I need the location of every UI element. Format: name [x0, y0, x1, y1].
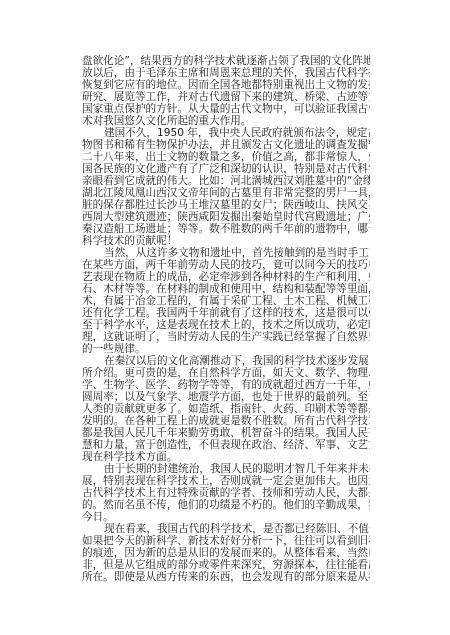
text-line: 慧和力量，富于创造性，不但表现在政治、经济、军事、文艺方面，也表 [82, 439, 370, 451]
text-line: 的一些规律。 [82, 343, 370, 355]
paragraph-first-line: 在秦汉以后的文化高潮推动下，我国的科学技术逐步发展，如本书中 [82, 355, 370, 367]
text-line: 艺表现在物质上的成品，必定牵涉到各种材料的生产和利用，如铜铁、玉 [82, 271, 370, 283]
text-line: 所在。即使是从西方传来的东西，也会发现有的部分原来是从我们传过去 [82, 571, 370, 583]
text-line: 放以后，由于毛泽东主席和周恩来总理的关怀，我国古代科学技术才逐步 [82, 67, 370, 79]
text-line: 二十八年来，出土文物的数量之多，价值之高，都非常惊人，使我们对我 [82, 151, 370, 163]
text-line: 现在科学技术方面。 [82, 451, 370, 463]
text-line: 盘欲化论”，结果西方的科学技术就逐渐占领了我国的文化阵地。直到解 [82, 55, 370, 67]
text-line: 物图书和稀有生物保护办法，并且颁发古文化遗址的调查发掘暂行办法。 [82, 139, 370, 151]
text-line: 古代科学技术上有过特殊贡献的学者、技师和劳动人民，大都是没没无闻 [82, 487, 370, 499]
body-text: 盘欲化论”，结果西方的科学技术就逐渐占领了我国的文化阵地。直到解放以后，由于毛泽… [82, 55, 370, 583]
text-line: 亲眼看到它成就的伟大。比如：河北满城西汉刘胜墓中的“金缕玉衣”； [82, 175, 370, 187]
text-line: 术，有属于冶金工程的，有属于采矿工程、土木工程、机械工程的，甚至 [82, 295, 370, 307]
text-line: 秦汉造船工场遗址；等等。数不胜数的两千年前的遗物中，哪一项里没有 [82, 223, 370, 235]
text-line: 非，但是从它组成的部分或零件来深究，穷源探本，往往能看出它的脉络 [82, 559, 370, 571]
document-page: 盘欲化论”，结果西方的科学技术就逐渐占领了我国的文化阵地。直到解放以后，由于毛泽… [0, 0, 450, 635]
text-line: 今日。 [82, 511, 370, 523]
text-line: 都是我国人民几千年来勤劳勇敢、机智奋斗的结果。我国人民有无穷的智 [82, 427, 370, 439]
text-line: 湖北江陵凤凰山西汉文帝年间的古墓里有非常完整的男尸一具，外形和内 [82, 187, 370, 199]
text-line: 科学技术的贡献呢！ [82, 235, 370, 247]
text-line: 理，这就证明了，当时劳动人民的生产实践已经掌握了自然界里物质运动 [82, 331, 370, 343]
paragraph-first-line: 现在看来，我国古代的科学技术，是否都已经陈旧、不值一顾了呢？ [82, 523, 370, 535]
text-line: 的。然而名虽不传，他们的功绩是不朽的。他们的辛勤成果，犹能重见于 [82, 499, 370, 511]
text-line: 的痕迹，因为新的总是从旧的发展而来的。从整体看来，当然已经面目全 [82, 547, 370, 559]
text-line: 发明的。在各种工程上的成就更是数不胜数。所有古代科学技术的成就， [82, 415, 370, 427]
text-line: 还有化学工程。我国两千年前就有了这样的技术，这是很可以引为自豪的。 [82, 307, 370, 319]
text-line: 脏的保存都胜过长沙马王堆汉墓里的女尸；陕西岐山、扶风交界处发掘出 [82, 199, 370, 211]
text-line: 学、生物学、医学、药物学等等，有的成就超过西方一千年，如祖冲之的 [82, 379, 370, 391]
text-line: 人类的贡献就更多了。如造纸、指南针、火药、印刷术等等都是我们祖先 [82, 403, 370, 415]
text-line: 术对我国悠久文化所起的重大作用。 [82, 115, 370, 127]
text-line: 圆周率；以及气象学、地震学方面，也处于世界的最前列。至于技术，对 [82, 391, 370, 403]
text-line: 如果把今天的新科学、新技术好好分析一下，往往可以看到旧科学旧技术 [82, 535, 370, 547]
text-line: 国家重点保护的方针。从大量的古代文物中，可以验证我国古代的科学技 [82, 103, 370, 115]
text-line: 所介绍。更可贵的是，在自然科学方面，如天文、数学、物理、化学、地 [82, 367, 370, 379]
text-line: 国各民族的文化遗产有了广泛和深切的认识，特别是对古代科学技术，能 [82, 163, 370, 175]
paragraph-first-line: 由于长期的封建统治，我国人民的聪明才智几千年来并未得到充分发 [82, 463, 370, 475]
text-line: 西周大型建筑遗迹；陕西咸阳发掘出秦始皇时代宫殿遗址；广州市发掘出 [82, 211, 370, 223]
text-line: 石、木材等等。在材料的制成和使用中，结构和装配等等里面，就都有技 [82, 283, 370, 295]
text-line: 研究、展览等工作，并对古代遗留下来的建筑、桥梁、古迹等贯彻执行由 [82, 91, 370, 103]
text-line: 在某些方面，两千年前劳动人民的技巧，竟可以同今天的技巧相比。手工 [82, 259, 370, 271]
text-line: 至于科学水平，这是表现在技术上的，技术之所以成功，必定暗含科学道 [82, 319, 370, 331]
text-line: 展，特别表现在科学技术上，否则成就一定会更加伟大。也因为这个缘故， [82, 475, 370, 487]
text-line: 恢复到它应有的地位。因而全国各地都特别重视出土文物的发掘、整理、 [82, 79, 370, 91]
paragraph-first-line: 建国不久，1950 年，我中央人民政府就颁布法令，规定古迹、珍贵文 [82, 127, 370, 139]
paragraph-first-line: 当然，从这许多文物和遗址中，首先接触到的是当时手工艺的水平， [82, 247, 370, 259]
